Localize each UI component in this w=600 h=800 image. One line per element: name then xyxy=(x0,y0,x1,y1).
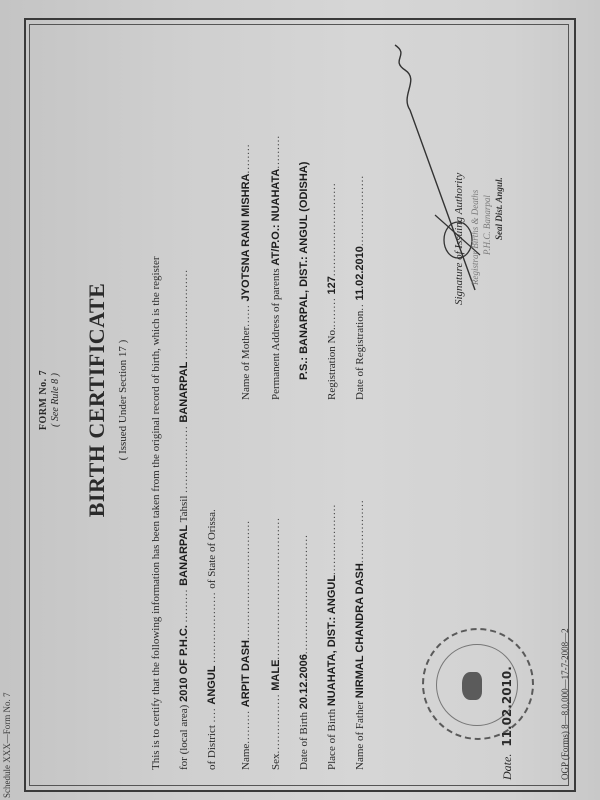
form-number: FORM No. 7 xyxy=(38,0,49,800)
address-line2: P.S.: BANARPAL, DIST.: ANGUL (ODISHA) xyxy=(298,162,310,380)
reg-no-row: Registration No......... 127............… xyxy=(326,182,338,400)
tahsil-label: Tahsil xyxy=(178,496,190,523)
address-line1: AT/P.O.: NUAHATA xyxy=(270,169,282,266)
name-label: Name xyxy=(240,744,252,770)
sex-label: Sex xyxy=(270,754,282,771)
sex-row: Sex................ MALE................… xyxy=(270,517,282,770)
issue-date: Date. 11.02.2010. xyxy=(500,666,515,780)
name-row: Name......... ARPIT DASH................… xyxy=(240,520,252,770)
stamp-line-1: Registrar Births & Deaths xyxy=(470,190,480,285)
mother-label: Name of Mother xyxy=(240,327,252,400)
reg-no-label: Registration No. xyxy=(326,327,338,400)
state-text: of State of Orissa. xyxy=(206,509,218,588)
district-value: ANGUL xyxy=(206,665,218,704)
local-area-value: 2010 OF P.H.C. xyxy=(178,625,190,702)
certificate-title: BIRTH CERTIFICATE xyxy=(84,0,110,800)
certificate-subtitle: ( Issued Under Section 17 ) xyxy=(117,0,129,800)
official-seal xyxy=(422,628,534,740)
signature-label: Signature of Issuing Authority xyxy=(453,173,465,305)
place-value: BANARPAL xyxy=(178,362,190,423)
issue-date-label: Date. xyxy=(500,754,514,780)
mother-value: JYOTSNA RANI MISHRA xyxy=(240,174,252,302)
pob-value: NUAHATA, DIST.: ANGUL xyxy=(326,575,338,706)
reg-date-label: Date of Registration xyxy=(354,311,366,400)
address-label: Permanent Address of parents xyxy=(270,268,282,400)
birth-certificate-page: Schedule XXX—Form No. 7 FORM No. 7 ( See… xyxy=(0,0,600,800)
father-row: Name of Father NIRMAL CHANDRA DASH......… xyxy=(354,499,366,770)
stamp-line-3: Seal Dist. Angul. xyxy=(494,177,504,240)
sex-value: MALE xyxy=(270,660,282,691)
stamp-line-2: P.H.C. Banarpal xyxy=(482,195,492,255)
issue-date-value: 11.02.2010. xyxy=(500,666,514,746)
emblem-icon xyxy=(462,672,482,700)
district-label: of District xyxy=(206,725,218,770)
dob-label: Date of Birth xyxy=(298,712,310,770)
local-area-line: for (local area) 2010 OF P.H.C. ........… xyxy=(178,269,190,770)
reg-date-value: 11.02.2010 xyxy=(354,246,366,300)
mother-row: Name of Mother...... JYOTSNA RANI MISHRA… xyxy=(240,144,252,401)
certify-intro: This is to certify that the following in… xyxy=(150,257,162,771)
reg-no-value: 127 xyxy=(326,276,338,294)
district-line: of District .... ANGUL .................… xyxy=(206,509,218,770)
dob-value: 20.12.2006 xyxy=(298,654,310,709)
tahsil-value: BANARPAL xyxy=(178,525,190,586)
pob-row: Place of Birth NUAHATA, DIST.: ANGUL....… xyxy=(326,504,338,770)
father-label: Name of Father xyxy=(354,701,366,770)
reg-date-row: Date of Registration.. 11.02.2010.......… xyxy=(354,175,366,400)
father-value: NIRMAL CHANDRA DASH xyxy=(354,563,366,698)
address-row-2: P.S.: BANARPAL, DIST.: ANGUL (ODISHA) xyxy=(298,162,310,380)
address-row: Permanent Address of parents AT/P.O.: NU… xyxy=(270,135,282,400)
printer-line: OGP (Forms) 8—8,0,000—17-7-2008—2 xyxy=(560,628,570,780)
stamp-district: Dist. Angul. xyxy=(494,177,504,221)
rule-reference: ( See Rule 8 ) xyxy=(50,0,61,800)
local-area-label: for (local area) xyxy=(178,705,190,770)
pob-label: Place of Birth xyxy=(326,709,338,770)
schedule-reference: Schedule XXX—Form No. 7 xyxy=(2,693,12,799)
dob-row: Date of Birth 20.12.2006................… xyxy=(298,534,310,770)
name-value: ARPIT DASH xyxy=(240,640,252,707)
seal-label: Seal xyxy=(494,224,504,240)
